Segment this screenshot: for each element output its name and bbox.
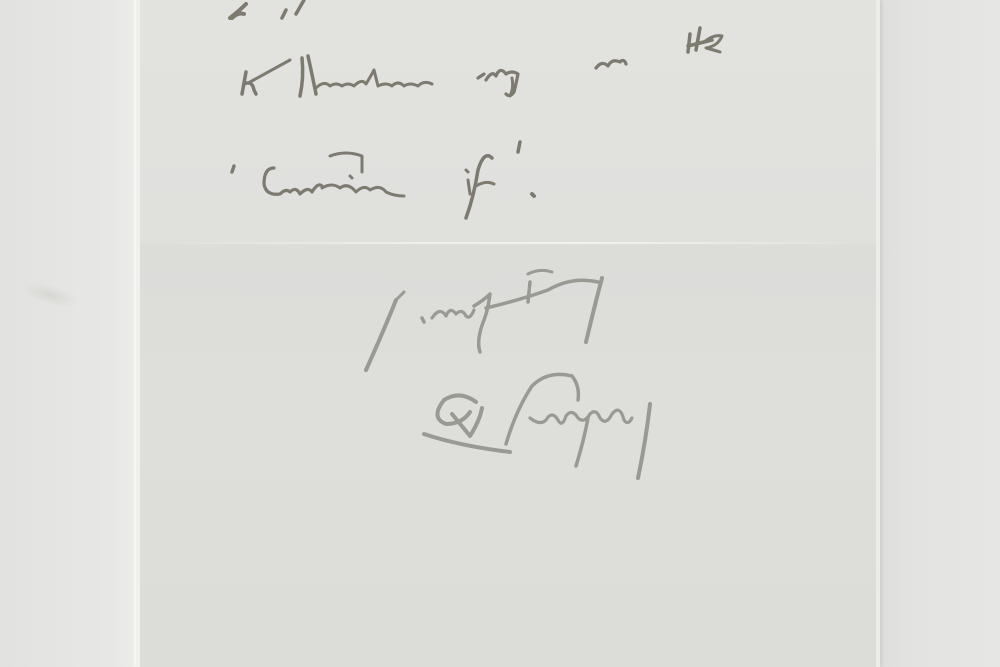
handwriting-closing xyxy=(366,270,602,370)
handwriting-line-0 xyxy=(230,0,304,18)
handwriting-line-2 xyxy=(232,142,534,218)
signature xyxy=(424,374,650,478)
photo-scene: … the Nonsense song or the 'cautious if'… xyxy=(0,0,1000,667)
handwriting-line-1 xyxy=(242,28,722,96)
handwriting xyxy=(0,0,1000,667)
